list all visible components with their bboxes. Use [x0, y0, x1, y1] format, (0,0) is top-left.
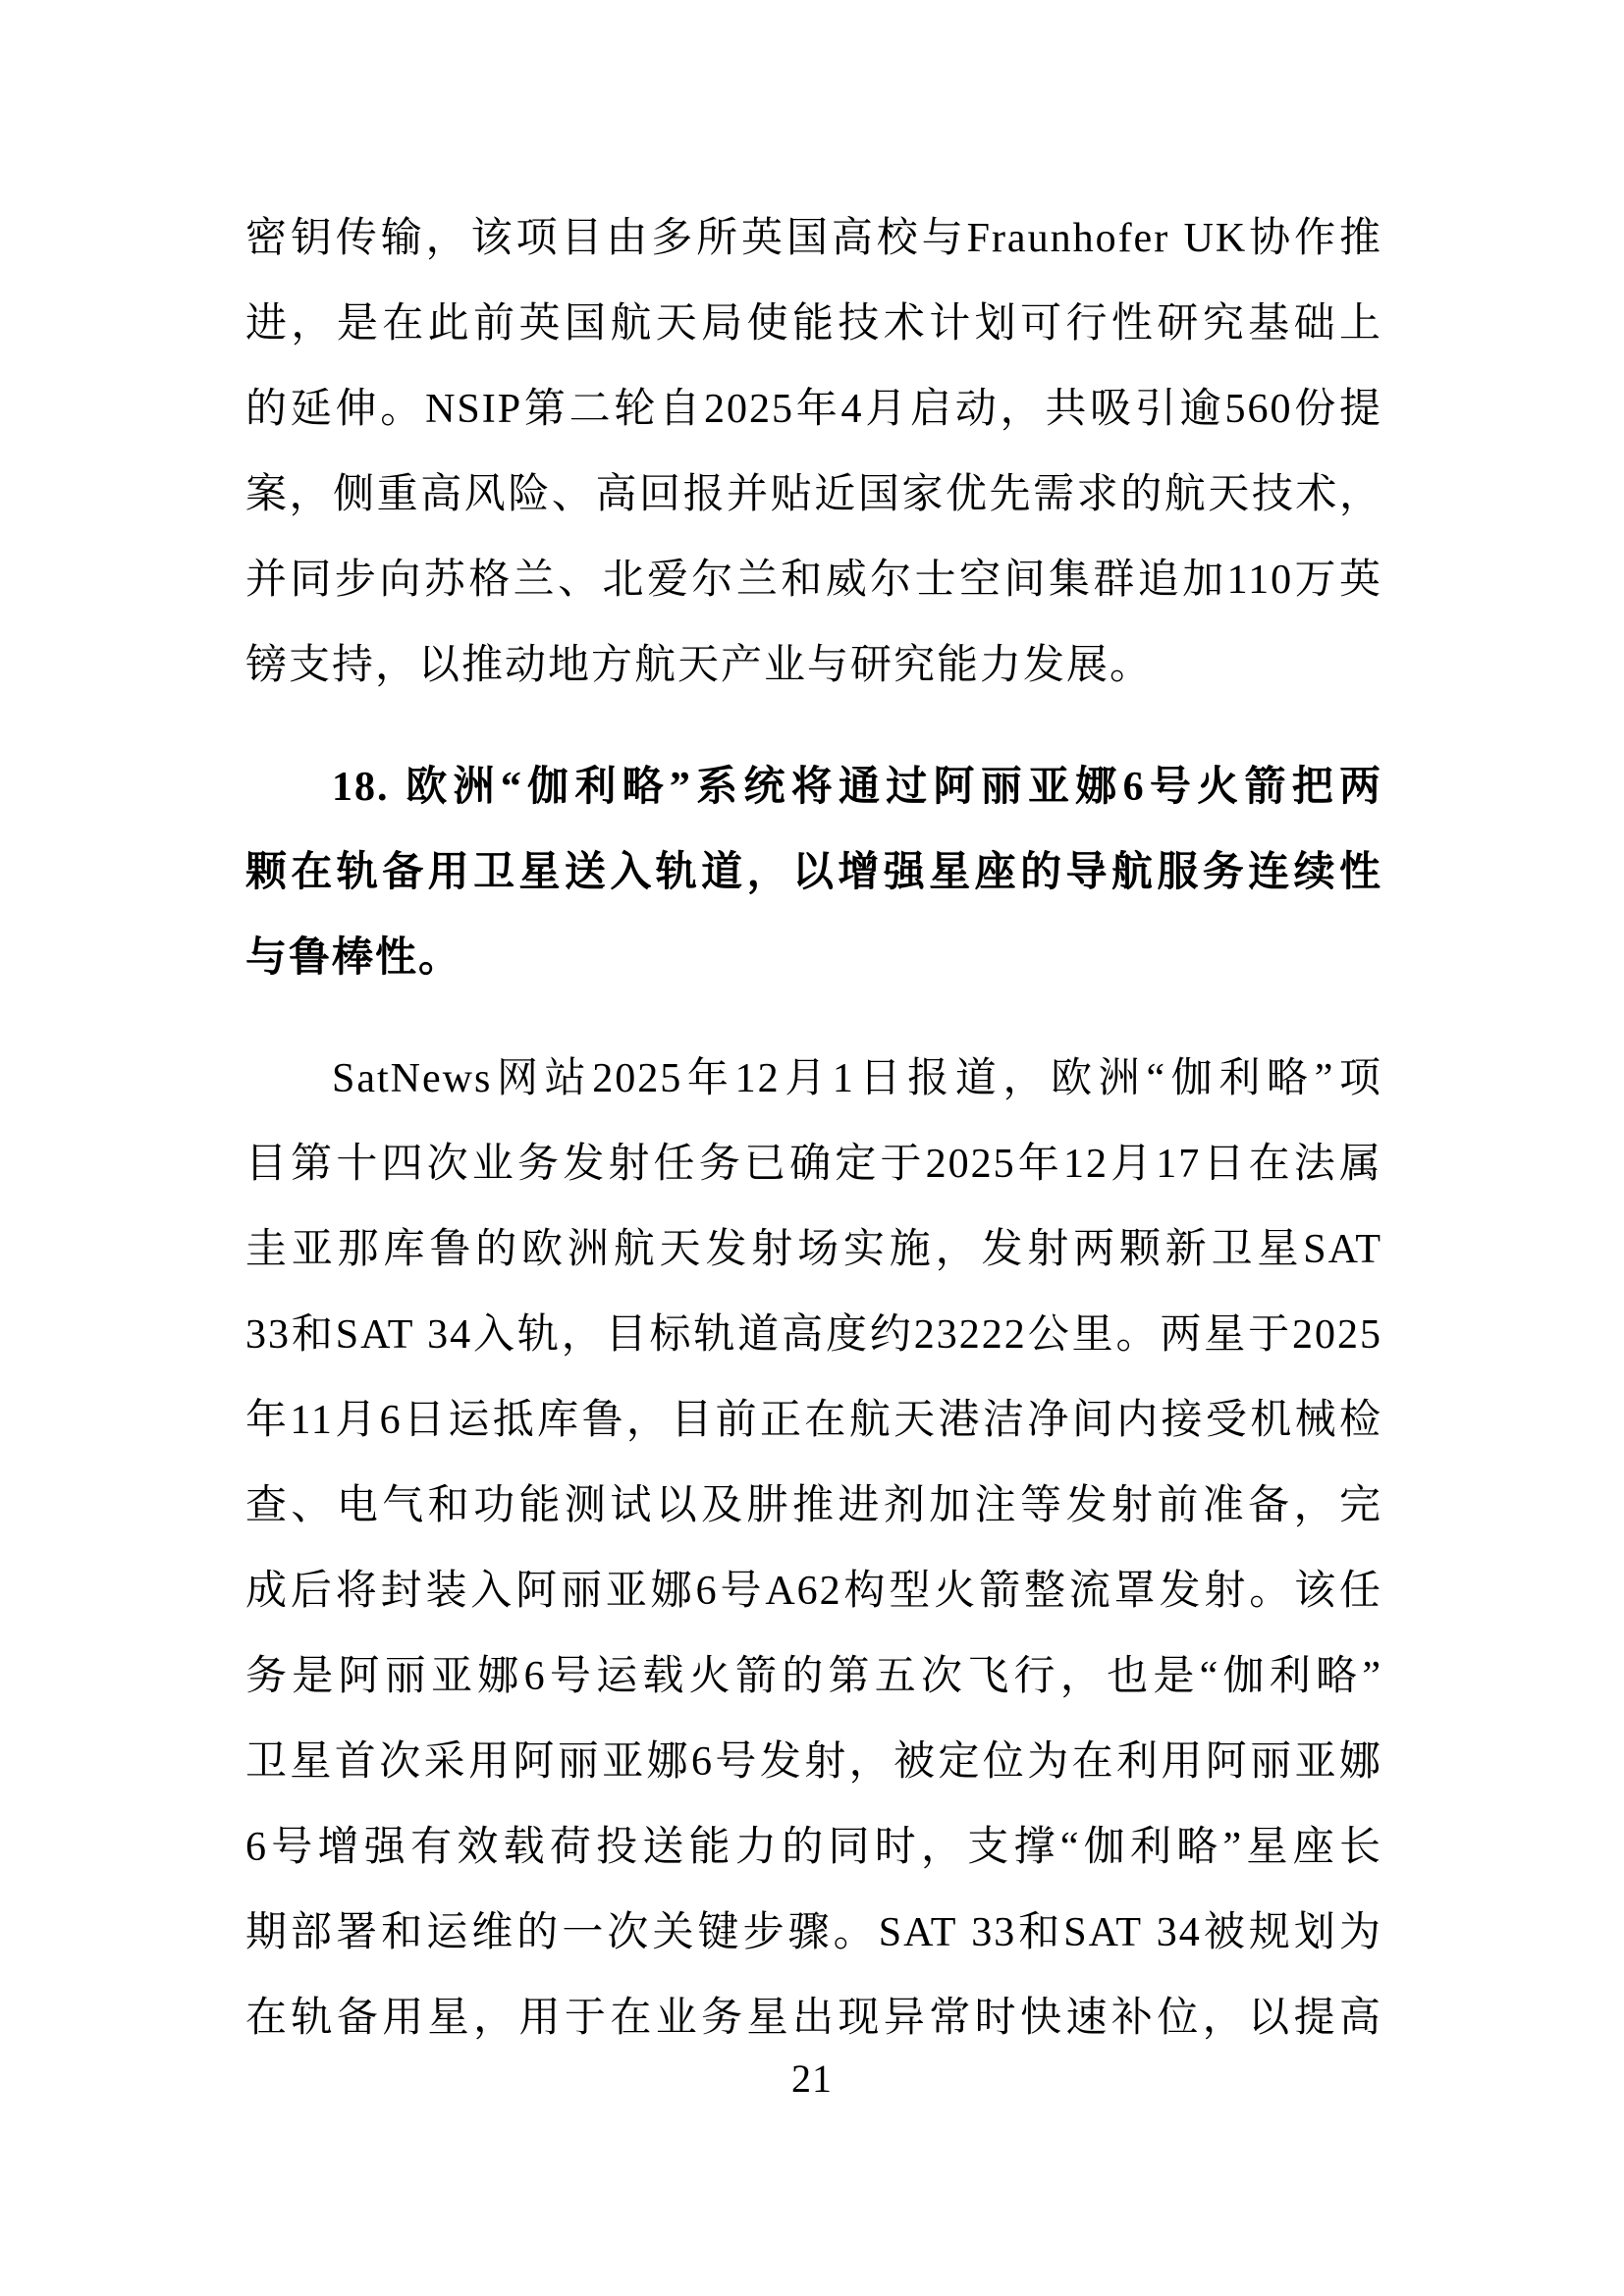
text-line: 期部署和运维的一次关键步骤。SAT 33和SAT 34被规划为 [245, 1891, 1382, 1976]
section-heading-18: 18. 欧洲“伽利略”系统将通过阿丽亚娜6号火箭把两 颗在轨备用卫星送入轨道，以… [245, 745, 1382, 1001]
text-line: 33和SAT 34入轨，目标轨道高度约23222公里。两星于2025 [245, 1293, 1382, 1378]
text-line: 务是阿丽亚娜6号运载火箭的第五次飞行，也是“伽利略” [245, 1634, 1382, 1720]
text-line: 在轨备用星，用于在业务星出现异常时快速补位，以提高 [245, 1976, 1382, 2061]
heading-line: 颗在轨备用卫星送入轨道，以增强星座的导航服务连续性 [245, 830, 1382, 916]
page-footer: 21 [0, 2059, 1624, 2099]
text-line: 6号增强有效载荷投送能力的同时，支撑“伽利略”星座长 [245, 1805, 1382, 1891]
text-line: 查、电气和功能测试以及肼推进剂加注等发射前准备，完 [245, 1464, 1382, 1549]
text-line: 镑支持，以推动地方航天产业与研究能力发展。 [245, 623, 1382, 709]
heading-line: 18. 欧洲“伽利略”系统将通过阿丽亚娜6号火箭把两 [245, 745, 1382, 830]
text-line: 进，是在此前英国航天局使能技术计划可行性研究基础上 [245, 282, 1382, 367]
text-line: 圭亚那库鲁的欧洲航天发射场实施，发射两颗新卫星SAT [245, 1207, 1382, 1293]
text-line: 的延伸。NSIP第二轮自2025年4月启动，共吸引逾560份提 [245, 367, 1382, 453]
document-page: 密钥传输，该项目由多所英国高校与Fraunhofer UK协作推 进，是在此前英… [0, 0, 1624, 2296]
text-line: 密钥传输，该项目由多所英国高校与Fraunhofer UK协作推 [245, 196, 1382, 282]
text-line: 案，侧重高风险、高回报并贴近国家优先需求的航天技术， [245, 453, 1382, 538]
text-line: 并同步向苏格兰、北爱尔兰和威尔士空间集群追加110万英 [245, 538, 1382, 623]
text-line: 卫星首次采用阿丽亚娜6号发射，被定位为在利用阿丽亚娜 [245, 1720, 1382, 1805]
paragraph-nsip: 密钥传输，该项目由多所英国高校与Fraunhofer UK协作推 进，是在此前英… [245, 196, 1382, 709]
page-body: 密钥传输，该项目由多所英国高校与Fraunhofer UK协作推 进，是在此前英… [245, 196, 1382, 2061]
heading-line: 与鲁棒性。 [245, 916, 1382, 1001]
text-line: SatNews网站2025年12月1日报道，欧洲“伽利略”项 [245, 1037, 1382, 1122]
paragraph-galileo: SatNews网站2025年12月1日报道，欧洲“伽利略”项 目第十四次业务发射… [245, 1037, 1382, 2061]
text-line: 年11月6日运抵库鲁，目前正在航天港洁净间内接受机械检 [245, 1378, 1382, 1464]
text-line: 目第十四次业务发射任务已确定于2025年12月17日在法属 [245, 1122, 1382, 1207]
page-number: 21 [791, 2056, 833, 2101]
text-line: 成后将封装入阿丽亚娜6号A62构型火箭整流罩发射。该任 [245, 1549, 1382, 1634]
